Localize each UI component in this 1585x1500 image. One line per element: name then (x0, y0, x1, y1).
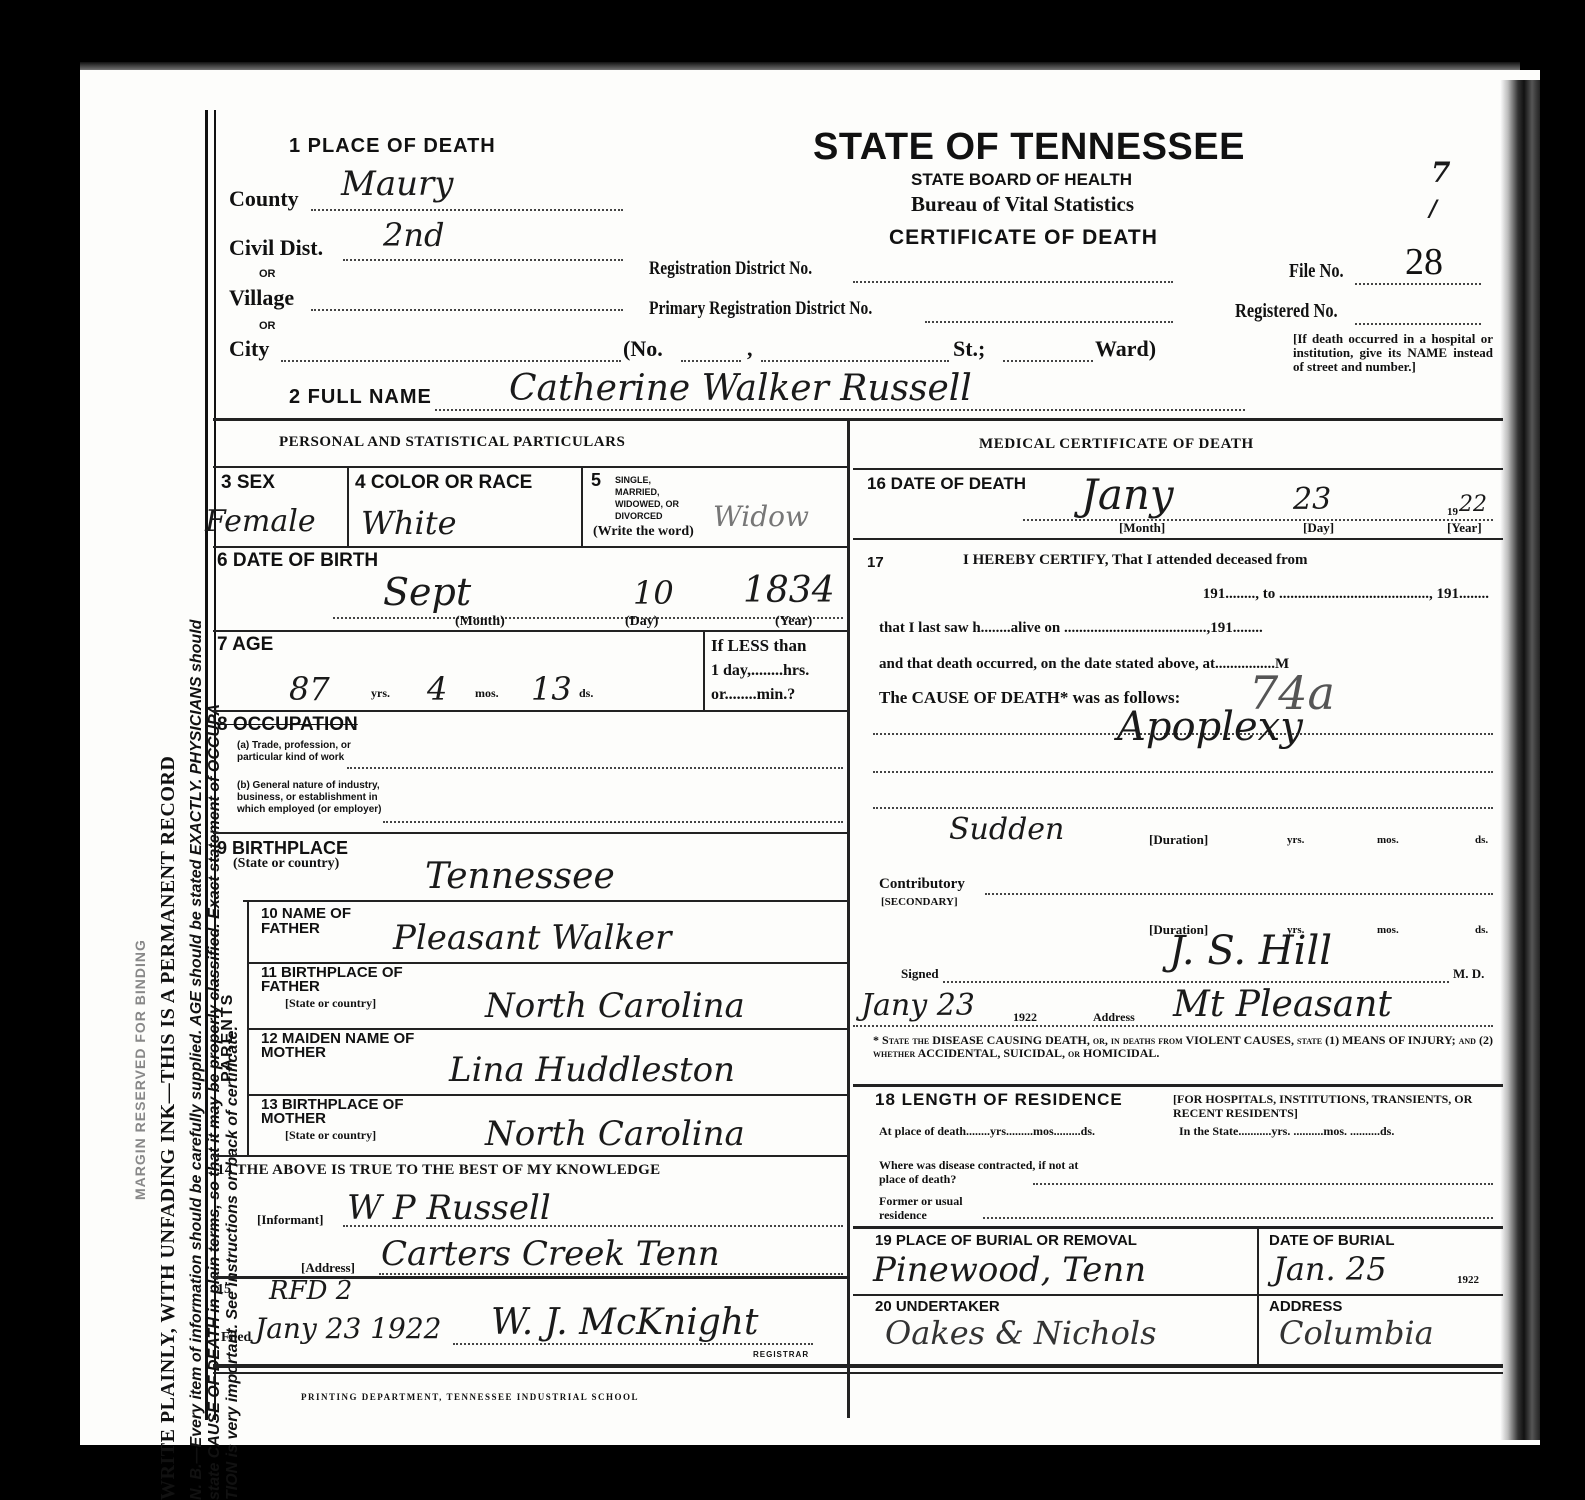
divider (853, 468, 1503, 470)
registrar-label: REGISTRAR (753, 1350, 809, 1359)
father-birthplace-sub: [State or country] (285, 996, 376, 1011)
informant-label: [Informant] (257, 1212, 323, 1228)
registered-no-label: Registered No. (1235, 300, 1338, 323)
divider (213, 710, 847, 712)
street-no-line[interactable] (681, 359, 741, 362)
father-label: 10 NAME OF FATHER (261, 906, 381, 936)
contracted-line[interactable] (1033, 1182, 1493, 1185)
mother-birthplace-value[interactable]: North Carolina (485, 1114, 745, 1154)
comma: , (747, 336, 753, 362)
md-label: M. D. (1453, 966, 1484, 982)
true-statement-label: 14 THE ABOVE IS TRUE TO THE BEST OF MY K… (217, 1162, 660, 1179)
dob-year[interactable]: 1834 (743, 570, 835, 611)
year-caption: [Year] (1447, 520, 1482, 536)
registrar-signature[interactable]: W. J. McKnight (491, 1302, 758, 1343)
or-label: OR (259, 268, 276, 280)
month-caption: [Month] (1119, 520, 1165, 536)
burial-date-value[interactable]: Jan. 25 (1273, 1250, 1387, 1288)
dod-day[interactable]: 23 (1293, 482, 1331, 517)
city-field-line[interactable] (281, 359, 621, 362)
dod-year-prefix: 19 (1447, 506, 1458, 518)
cause-line-3 (873, 806, 1493, 809)
signed-year[interactable]: 1922 (1013, 1010, 1037, 1025)
city-label: City (229, 336, 269, 362)
mos-label: mos. (1377, 834, 1399, 846)
divider (703, 630, 705, 710)
paper-right-edge (1500, 80, 1540, 1440)
less-than-3: or........min.? (711, 686, 795, 704)
mos-label: mos. (475, 686, 499, 701)
month-caption: (Month) (455, 614, 505, 630)
yrs-label: yrs. (371, 686, 390, 701)
divider (213, 1372, 1503, 1374)
marital-value[interactable]: Widow (713, 500, 809, 533)
sign-address-value[interactable]: Mt Pleasant (1173, 984, 1392, 1025)
cause-footnote: * State the DISEASE CAUSING DEATH, or, i… (873, 1034, 1493, 1060)
race-label: 4 COLOR OR RACE (355, 472, 532, 494)
former-residence-line[interactable] (983, 1216, 1493, 1219)
sign-address-label: Address (1093, 1010, 1135, 1025)
divider (581, 466, 583, 546)
certificate-form: STATE OF TENNESSEE STATE BOARD OF HEALTH… (213, 100, 1503, 1430)
contributory-line[interactable] (985, 892, 1493, 895)
address-label: [Address] (301, 1260, 355, 1276)
race-value[interactable]: White (361, 504, 457, 542)
divider (213, 1155, 847, 1157)
attended-from-line[interactable]: 191........, to ........................… (879, 586, 1489, 603)
place-of-death-heading: 1 PLACE OF DEATH (289, 135, 496, 158)
marital-options: SINGLE, MARRIED, WIDOWED, OR DIVORCED (615, 474, 695, 522)
dod-year[interactable]: 22 (1459, 492, 1487, 517)
burial-place-value[interactable]: Pinewood, Tenn (873, 1250, 1146, 1290)
age-years[interactable]: 87 (289, 670, 330, 708)
last-saw-line[interactable]: that I last saw h........alive on ......… (879, 620, 1263, 637)
certificate-title: CERTIFICATE OF DEATH (889, 226, 1158, 250)
full-name-label: 2 FULL NAME (289, 386, 432, 409)
divider (853, 1084, 1503, 1087)
divider (213, 418, 1503, 421)
village-label: Village (229, 285, 294, 311)
in-the-state[interactable]: In the State...........yrs. ..........mo… (1179, 1124, 1499, 1138)
civil-dist-label: Civil Dist. (229, 235, 323, 261)
ward-label: Ward) (1095, 336, 1156, 362)
father-value[interactable]: Pleasant Walker (393, 918, 671, 958)
divider (853, 1226, 1503, 1229)
primary-reg-label: Primary Registration District No. (649, 298, 872, 320)
personal-heading: PERSONAL AND STATISTICAL PARTICULARS (279, 434, 625, 451)
undertaker-address-label: ADDRESS (1269, 1298, 1342, 1315)
father-birthplace-value[interactable]: North Carolina (485, 986, 745, 1026)
signed-date[interactable]: Jany 23 (861, 988, 975, 1023)
write-plainly-note: WRITE PLAINLY, WITH UNFADING INK—THIS IS… (157, 756, 180, 1500)
duration-label: [Duration] (1149, 832, 1208, 848)
divider (347, 466, 349, 546)
birthplace-sub: (State or country) (233, 856, 339, 872)
county-label: County (229, 186, 299, 212)
column-divider (847, 418, 850, 1418)
divider (213, 546, 847, 548)
cause-line-2 (873, 770, 1493, 773)
parents-label: PARENTS (219, 993, 237, 1082)
file-no-value[interactable]: 28 (1405, 240, 1443, 284)
year-caption: (Year) (775, 614, 812, 630)
day-caption: [Day] (1303, 520, 1334, 536)
residence-label: 18 LENGTH OF RESIDENCE (875, 1090, 1123, 1110)
corner-mark: 7 (1431, 156, 1450, 189)
item-17-label: 17 (867, 554, 884, 571)
burial-label: 19 PLACE OF BURIAL OR REMOVAL (875, 1232, 1137, 1249)
state-title: STATE OF TENNESSEE (813, 126, 1245, 169)
medical-heading: MEDICAL CERTIFICATE OF DEATH (979, 436, 1254, 453)
age-months[interactable]: 4 (427, 670, 447, 708)
burial-date-label: DATE OF BURIAL (1269, 1232, 1395, 1249)
age-days[interactable]: 13 (531, 670, 572, 708)
secondary-label: [SECONDARY] (881, 896, 958, 908)
sex-label: 3 SEX (221, 472, 275, 494)
signed-line (943, 980, 1449, 983)
signed-label: Signed (901, 966, 939, 982)
mother-birthplace-label: 13 BIRTHPLACE OF MOTHER (261, 1098, 411, 1126)
item-15-label: 15 (217, 1282, 231, 1298)
county-value[interactable]: Maury (341, 164, 453, 204)
occupation-b-line[interactable] (383, 820, 843, 823)
divider (853, 538, 1503, 540)
corner-tick: / (1429, 196, 1437, 222)
or-label: OR (259, 320, 276, 332)
undertaker-value[interactable]: Oakes & Nichols (885, 1314, 1157, 1352)
day-caption: (Day) (625, 614, 658, 630)
sex-value[interactable]: Female (205, 504, 316, 539)
certify-statement: I HEREBY CERTIFY, That I attended deceas… (963, 552, 1308, 569)
ds-label: ds. (579, 686, 593, 701)
dod-month[interactable]: Jany (1081, 470, 1174, 519)
mother-value[interactable]: Lina Huddleston (449, 1050, 735, 1090)
informant-value[interactable]: W P Russell (347, 1188, 551, 1228)
occupation-a-line[interactable] (347, 766, 843, 769)
left-margin: MARGIN RESERVED FOR BINDING WRITE PLAINL… (80, 80, 210, 1440)
full-name-value[interactable]: Catherine Walker Russell (509, 368, 972, 409)
age-label: 7 AGE (217, 634, 273, 656)
street-no-label: (No. (623, 336, 663, 362)
divider (213, 466, 847, 468)
divider (213, 630, 847, 632)
primary-reg-line[interactable] (925, 320, 1173, 323)
burial-year[interactable]: 1922 (1457, 1274, 1479, 1286)
filed-label: Filed (221, 1330, 251, 1346)
death-occurred-line[interactable]: and that death occurred, on the date sta… (879, 656, 1289, 673)
reg-district-label: Registration District No. (649, 258, 812, 280)
printer-credit: PRINTING DEPARTMENT, TENNESSEE INDUSTRIA… (301, 1392, 639, 1402)
binding-note: MARGIN RESERVED FOR BINDING (132, 939, 148, 1200)
reg-district-line[interactable] (853, 280, 1173, 283)
street-name-line[interactable] (761, 359, 949, 362)
at-place-of-death[interactable]: At place of death........yrs.........mos… (879, 1124, 1119, 1138)
dob-line (333, 616, 843, 619)
divider (1257, 1226, 1259, 1366)
duration-value[interactable]: Sudden (949, 812, 1064, 847)
mother-birthplace-sub: [State or country] (285, 1128, 376, 1143)
marital-number: 5 (591, 470, 601, 491)
file-no-label: File No. (1289, 260, 1344, 283)
dob-day[interactable]: 10 (633, 574, 674, 612)
yrs-label: yrs. (1287, 834, 1304, 846)
occupation-a-label: (a) Trade, profession, or particular kin… (237, 740, 397, 764)
mos-label: mos. (1377, 924, 1399, 936)
filed-date[interactable]: Jany 23 1922 (255, 1312, 441, 1345)
divider (243, 900, 847, 902)
st-label: St.; (953, 336, 985, 362)
undertaker-address-value[interactable]: Columbia (1279, 1314, 1434, 1352)
bureau-title: Bureau of Vital Statistics (911, 192, 1134, 217)
less-than-2: 1 day,........hrs. (711, 662, 809, 680)
rfd-value[interactable]: RFD 2 (269, 1276, 352, 1306)
divider (213, 832, 847, 834)
ds-label: ds. (1475, 834, 1488, 846)
county-field-line (311, 208, 623, 211)
board-title: STATE BOARD OF HEALTH (911, 170, 1132, 190)
residence-note: [FOR HOSPITALS, INSTITUTIONS, TRANSIENTS… (1173, 1092, 1493, 1120)
nb-line-1: N. B.—Every item of information should b… (188, 620, 206, 1500)
contributory-label: Contributory (879, 876, 965, 893)
dob-month[interactable]: Sept (383, 570, 471, 614)
ward-line[interactable] (1003, 359, 1093, 362)
father-birthplace-label: 11 BIRTHPLACE OF FATHER (261, 966, 411, 994)
hospital-note: [If death occurred in a hospital or inst… (1293, 332, 1493, 374)
birthplace-value[interactable]: Tennessee (425, 856, 615, 897)
former-residence-label: Former or usual residence (879, 1194, 979, 1222)
ds-label: ds. (1475, 924, 1488, 936)
mother-label: 12 MAIDEN NAME OF MOTHER (261, 1032, 441, 1060)
physician-signature[interactable]: J. S. Hill (1169, 928, 1332, 974)
dob-label: 6 DATE OF BIRTH (217, 550, 378, 572)
civil-dist-value[interactable]: 2nd (383, 216, 444, 254)
registered-no-line[interactable] (1355, 322, 1481, 325)
dod-label: 16 DATE OF DEATH (867, 474, 1026, 494)
undertaker-label: 20 UNDERTAKER (875, 1298, 1000, 1315)
marital-hint: (Write the word) (593, 524, 694, 540)
divider (213, 1364, 1503, 1368)
occupation-label: 8 OCCUPATION (217, 714, 358, 736)
occupation-b-label: (b) General nature of industry, business… (237, 780, 407, 816)
village-field-line[interactable] (311, 308, 623, 311)
address-value[interactable]: Carters Creek Tenn (381, 1234, 720, 1274)
less-than-1: If LESS than (711, 636, 806, 656)
cause-value[interactable]: Apoplexy (1117, 704, 1303, 750)
civil-dist-field-line (343, 258, 623, 261)
divider (853, 1294, 1503, 1296)
